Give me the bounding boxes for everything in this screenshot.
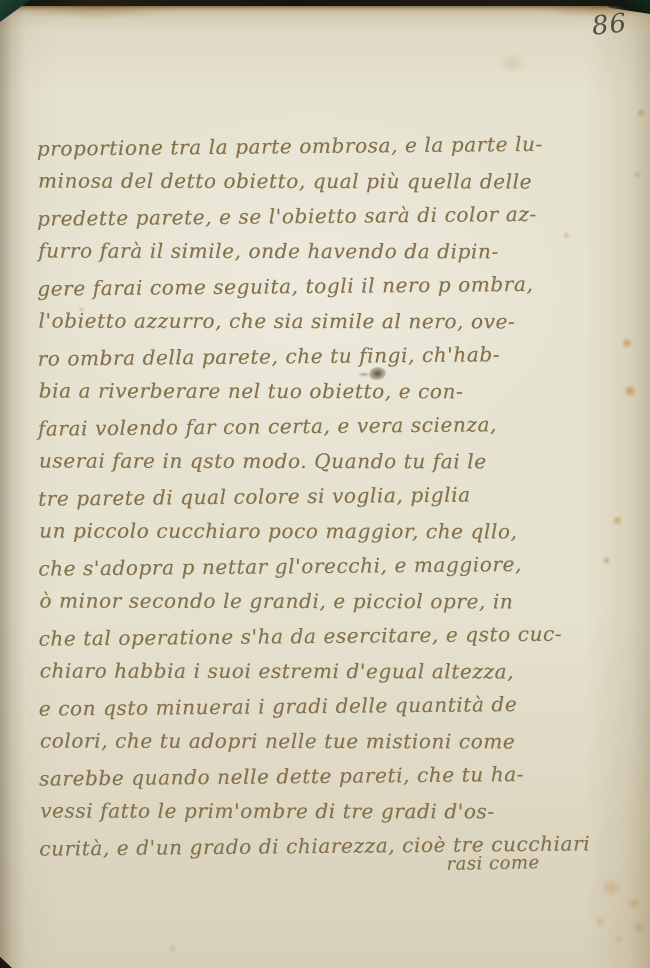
manuscript-line: l'obietto azzurro, che sia simile al ner… <box>38 304 583 340</box>
manuscript-line: un piccolo cucchiaro poco maggior, che q… <box>39 514 584 550</box>
manuscript-line: ò minor secondo le grandi, e picciol opr… <box>39 584 584 620</box>
manuscript-line: sarebbe quando nelle dette pareti, che t… <box>39 756 584 796</box>
manuscript-line: farai volendo far con certa, e vera scie… <box>38 406 583 446</box>
manuscript-line: che tal operatione s'ha da esercitare, e… <box>38 616 583 656</box>
manuscript-line: gere farai come seguita, togli il nero p… <box>37 266 582 306</box>
manuscript-line: colori, che tu adopri nelle tue mistioni… <box>40 724 585 760</box>
binding-edge-top <box>0 0 650 6</box>
top-edge-browning <box>0 5 650 29</box>
manuscript-line: predette parete, e se l'obietto sarà di … <box>37 196 582 236</box>
manuscript-line: tre parete di qual colore si voglia, pig… <box>38 476 583 516</box>
manuscript-line: furro farà il simile, onde havendo da di… <box>38 234 583 270</box>
catchword: rasi come <box>428 852 558 875</box>
manuscript-line: ro ombra della parete, che tu fingi, ch'… <box>37 336 582 376</box>
handwritten-text-block: proportione tra la parte ombrosa, e la p… <box>37 128 585 865</box>
manuscript-line: minosa del detto obietto, qual più quell… <box>38 164 583 200</box>
folio-number: 86 <box>591 8 629 42</box>
manuscript-page-photo: 86 proportione tra la parte ombrosa, e l… <box>0 0 650 968</box>
manuscript-line: chiaro habbia i suoi estremi d'egual alt… <box>40 654 585 690</box>
manuscript-line: che s'adopra p nettar gl'orecchi, e magg… <box>38 546 583 586</box>
gutter-shadow <box>0 0 26 968</box>
manuscript-line: proportione tra la parte ombrosa, e la p… <box>37 126 582 166</box>
interlinear-ink-smudge <box>358 372 370 377</box>
manuscript-line: e con qsto minuerai i gradi delle quanti… <box>39 686 584 726</box>
manuscript-line: bia a riverberare nel tuo obietto, e con… <box>39 374 584 410</box>
manuscript-line: vessi fatto le prim'ombre di tre gradi d… <box>40 794 585 830</box>
manuscript-line: userai fare in qsto modo. Quando tu fai … <box>39 444 584 480</box>
